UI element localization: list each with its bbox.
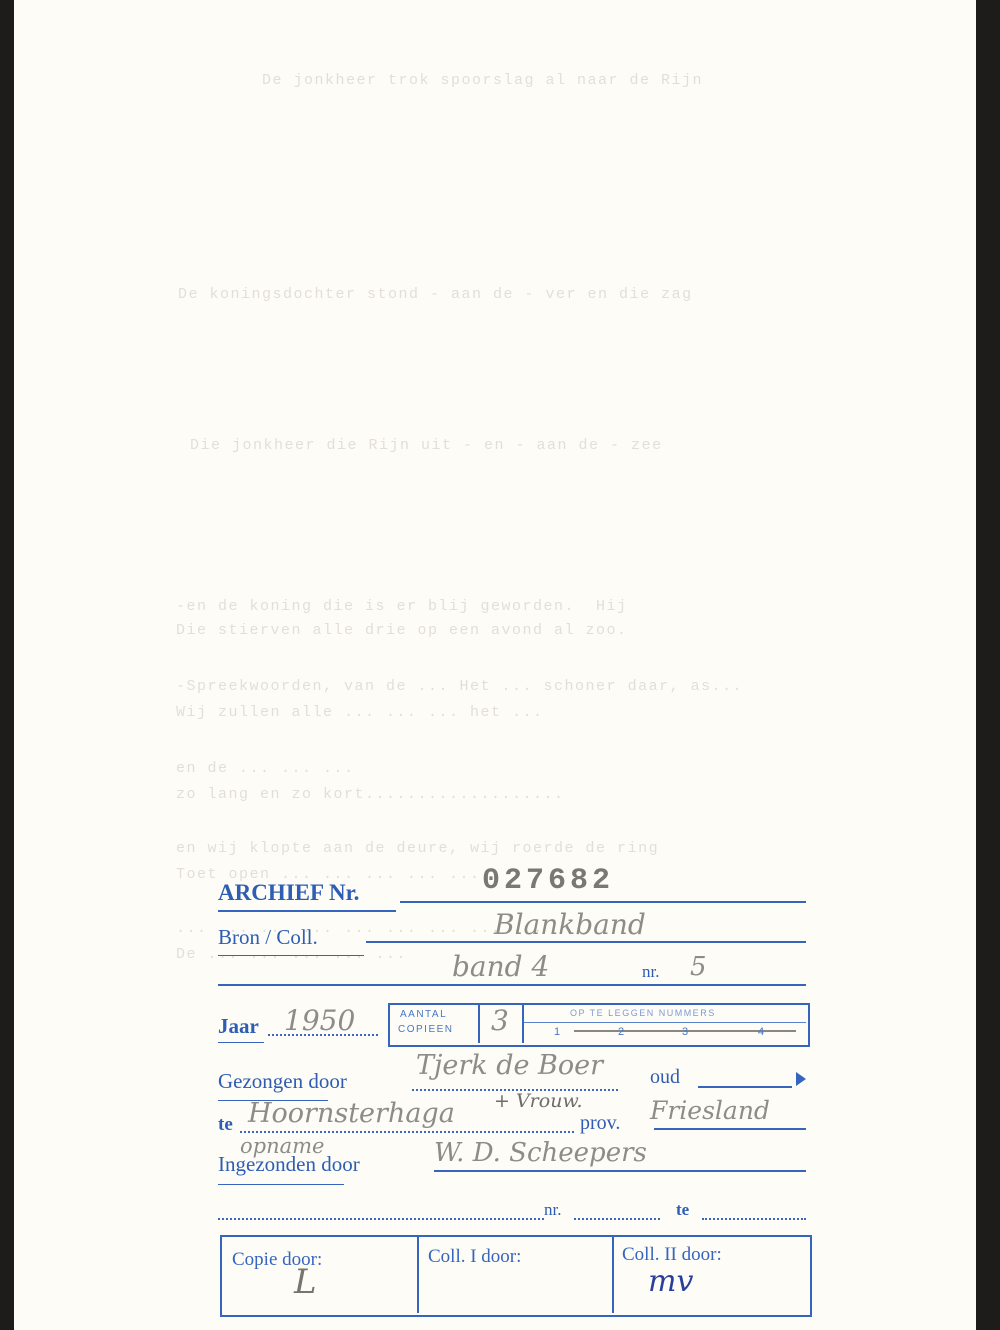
row-nr-label: nr. [544,1200,561,1220]
nummers-header-rule [524,1022,806,1023]
show-through-line: en wij klopte aan de deure, wij roerde d… [176,840,659,857]
aantal-label-1: AANTAL [400,1009,447,1020]
oud-label: oud [650,1066,680,1089]
show-through-line: De koningsdochter stond - aan de - ver e… [178,286,693,303]
coll2-label: Coll. II door: [622,1244,722,1266]
oud-arrow-mark [796,1072,806,1086]
show-through-line: en de ... ... ... [176,760,355,777]
show-through-line: Die stierven alle drie op een avond al z… [176,622,628,639]
prov-label: prov. [580,1112,620,1135]
nummers-divider [522,1005,524,1043]
nummers-header: OP TE LEGGEN NUMMERS [570,1008,716,1018]
nr-value: 5 [690,952,707,982]
nummer-slot: 4 [758,1026,766,1038]
extra-line-right [702,1218,806,1220]
archief-number: 027682 [482,864,614,898]
gezongen-label: Gezongen door [218,1069,347,1094]
nr-label: nr. [642,962,659,982]
aantal-divider [478,1005,480,1043]
te-value: Hoornsterhaga [248,1098,455,1129]
coll1-label: Coll. I door: [428,1246,521,1268]
bron-label-underline [218,955,364,956]
gezongen-value: Tjerk de Boer [416,1050,603,1081]
ingezonden-label: Ingezonden door [218,1152,360,1177]
row-te-label: te [676,1200,689,1220]
aantal-label-2: COPIEEN [398,1024,454,1035]
ingezonden-value: W. D. Scheepers [434,1138,647,1168]
prov-line [654,1128,806,1130]
box-divider-1 [417,1237,419,1313]
show-through-line: zo lang en zo kort................... [176,786,565,803]
show-through-line: Wij zullen alle ... ... ... het ... [176,704,554,721]
show-through-line: -en de koning die is er blij geworden. H… [176,598,628,615]
extra-line-mid [574,1218,660,1220]
copie-value: L [294,1262,317,1302]
jaar-label-underline [218,1042,264,1043]
jaar-value: 1950 [284,1004,355,1037]
coll2-value: mv [648,1264,693,1299]
jaar-label: Jaar [218,1014,259,1039]
bron-line [366,941,806,943]
archief-label-underline [218,910,396,912]
show-through-line: De jonkheer trok spoorslag al naar de Ri… [262,72,703,89]
band-line [218,984,806,986]
bron-value: Blankband [494,908,646,941]
show-through-line: Die jonkheer die Rijn uit - en - aan de … [190,437,663,454]
show-through-line: -Spreekwoorden, van de ... Het ... schon… [176,678,743,695]
nummer-slot: 1 [554,1026,562,1038]
ingezonden-label-underline [218,1184,344,1185]
band-value: band 4 [452,950,549,983]
prov-value: Friesland [650,1096,770,1125]
nummer-slot: 3 [682,1026,690,1038]
plus-note: + Vrouw. [494,1090,583,1112]
archief-number-line [400,901,806,903]
nummer-slot: 2 [618,1026,626,1038]
archief-label: ARCHIEF Nr. [218,880,359,906]
bron-label: Bron / Coll. [218,925,318,950]
ingezonden-line [434,1170,806,1172]
extra-line-left [218,1218,544,1220]
oud-line [698,1086,792,1088]
document-page: De jonkheer trok spoorslag al naar de Ri… [14,0,976,1330]
box-divider-2 [612,1237,614,1313]
aantal-value: 3 [491,1004,509,1037]
te-label: te [218,1114,233,1136]
te-line [240,1131,574,1133]
